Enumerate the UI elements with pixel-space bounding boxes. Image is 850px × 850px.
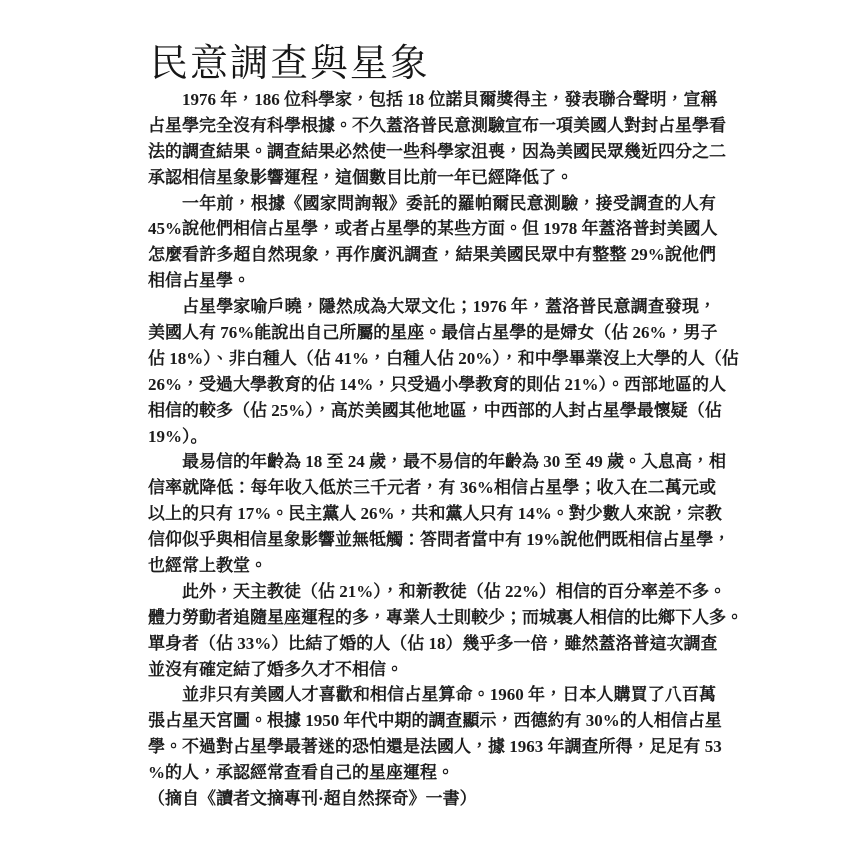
- text-line: 承認相信星象影響運程，這個數目比前一年已經降低了。: [148, 165, 716, 191]
- text-line: 以上的只有 17%。民主黨人 26%，共和黨人只有 14%。對少數人來說，宗教: [148, 501, 716, 527]
- text-line: 最易信的年齡為 18 至 24 歲，最不易信的年齡為 30 至 49 歲。入息高…: [148, 449, 716, 475]
- text-line: 占星學家喻戶曉，隱然成為大眾文化；1976 年，蓋洛普民意調查發現，: [148, 294, 716, 320]
- page-title: 民意調查與星象: [150, 32, 430, 87]
- text-line: 怎麼看許多超自然現象，再作廣汎調查，結果美國民眾中有整整 29%說他們: [148, 242, 716, 268]
- citation-line: （摘自《讀者文摘專刊·超自然探奇》一書）: [148, 786, 716, 812]
- text-line: 法的調查結果。調查結果必然使一些科學家沮喪，因為美國民眾幾近四分之二: [148, 139, 716, 165]
- text-line: 此外，天主教徒（佔 21%），和新教徒（佔 22%）相信的百分率差不多。: [148, 579, 716, 605]
- text-line: 相信的較多（佔 25%），高於美國其他地區，中西部的人封占星學最懷疑（佔: [148, 398, 716, 424]
- text-line: 也經常上教堂。: [148, 553, 716, 579]
- text-line: %的人，承認經常查看自己的星座運程。: [148, 760, 716, 786]
- paragraph: 一年前，根據《國家問詢報》委託的羅帕爾民意測驗，接受調查的人有 45%說他們相信…: [148, 191, 716, 295]
- text-line: 1976 年，186 位科學家，包括 18 位諾貝爾獎得主，發表聯合聲明，宣稱: [148, 87, 716, 113]
- text-line: 佔 18%）、非白種人（佔 41%，白種人佔 20%），和中學畢業沒上大學的人（…: [148, 346, 716, 372]
- text-line: 19%）。: [148, 424, 716, 450]
- text-line: 學。不過對占星學最著迷的恐怕還是法國人，據 1963 年調查所得，足足有 53: [148, 734, 716, 760]
- text-line: 45%說他們相信占星學，或者占星學的某些方面。但 1978 年蓋洛普封美國人: [148, 216, 716, 242]
- paragraph: 最易信的年齡為 18 至 24 歲，最不易信的年齡為 30 至 49 歲。入息高…: [148, 449, 716, 578]
- text-line: 一年前，根據《國家問詢報》委託的羅帕爾民意測驗，接受調查的人有: [148, 191, 716, 217]
- text-line: 並沒有確定結了婚多久才不相信。: [148, 657, 716, 683]
- paragraph: 並非只有美國人才喜歡和相信占星算命。1960 年，日本人購買了八百萬 張占星天宮…: [148, 682, 716, 786]
- text-line: 單身者（佔 33%）比結了婚的人（佔 18）幾乎多一倍，雖然蓋洛普這次調查: [148, 631, 716, 657]
- scanned-document-page: 民意調查與星象 1976 年，186 位科學家，包括 18 位諾貝爾獎得主，發表…: [0, 0, 850, 850]
- paragraph: 占星學家喻戶曉，隱然成為大眾文化；1976 年，蓋洛普民意調查發現， 美國人有 …: [148, 294, 716, 449]
- text-line: 張占星天宮圖。根據 1950 年代中期的調查顯示，西德約有 30%的人相信占星: [148, 708, 716, 734]
- text-line: 26%，受過大學教育的佔 14%，只受過小學教育的則佔 21%）。西部地區的人: [148, 372, 716, 398]
- paragraph: 此外，天主教徒（佔 21%），和新教徒（佔 22%）相信的百分率差不多。 體力勞…: [148, 579, 716, 683]
- text-line: 美國人有 76%能說出自己所屬的星座。最信占星學的是婦女（佔 26%，男子: [148, 320, 716, 346]
- text-line: 相信占星學。: [148, 268, 716, 294]
- paragraph: 1976 年，186 位科學家，包括 18 位諾貝爾獎得主，發表聯合聲明，宣稱 …: [148, 87, 716, 191]
- text-line: 體力勞動者追隨星座運程的多，專業人士則較少；而城裏人相信的比鄉下人多。: [148, 605, 716, 631]
- citation-paragraph: （摘自《讀者文摘專刊·超自然探奇》一書）: [148, 786, 716, 812]
- text-line: 並非只有美國人才喜歡和相信占星算命。1960 年，日本人購買了八百萬: [148, 682, 716, 708]
- text-line: 信仰似乎與相信星象影響並無牴觸：答問者當中有 19%說他們既相信占星學，: [148, 527, 716, 553]
- text-line: 信率就降低：每年收入低於三千元者，有 36%相信占星學；收入在二萬元或: [148, 475, 716, 501]
- text-line: 占星學完全沒有科學根據。不久蓋洛普民意測驗宣布一項美國人對封占星學看: [148, 113, 716, 139]
- article-body: 1976 年，186 位科學家，包括 18 位諾貝爾獎得主，發表聯合聲明，宣稱 …: [148, 87, 716, 812]
